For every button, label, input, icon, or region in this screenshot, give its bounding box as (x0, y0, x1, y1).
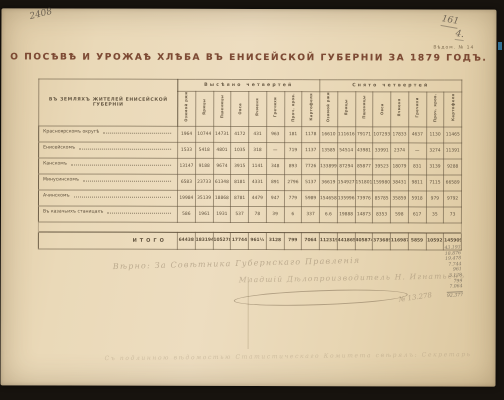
value-cell: 85785 (373, 191, 391, 207)
value-cell: 87294 (337, 159, 355, 175)
value-cell: 33991 (373, 143, 391, 159)
dotted-leader (83, 181, 171, 182)
grain-column-header: Ярицы (195, 91, 213, 126)
grain-column-header: Проч. яров. (284, 92, 302, 127)
value-cell: 38431 (391, 175, 409, 191)
total-value-cell: 64438 (177, 232, 195, 249)
signature-flourish (234, 287, 408, 308)
value-cell: 85877 (355, 159, 373, 175)
value-cell: 1035 (231, 142, 249, 158)
district-label-cell: Енисейскомъ (39, 142, 178, 158)
grain-column-label: Овса (380, 103, 384, 115)
value-cell: 19888 (337, 207, 355, 223)
value-cell: 1130 (426, 127, 444, 143)
value-cell: 7115 (426, 175, 444, 191)
grain-column-header: Овса (373, 92, 391, 127)
archive-edge-mark (498, 42, 502, 50)
value-cell: 9674 (213, 158, 231, 174)
grain-column-header: Ярицы (337, 92, 355, 127)
value-cell: 4479 (248, 190, 266, 206)
grain-column-label: Проч. яров. (291, 93, 295, 122)
pencil-folio-number: 161 (440, 14, 459, 29)
paper-fold-crease (248, 277, 249, 349)
grain-column-label: Картофеля (451, 94, 455, 121)
district-label-inner: Енисейскомъ (39, 146, 177, 154)
value-cell: 61348 (213, 174, 231, 190)
value-cell: 586 (177, 206, 195, 222)
district-label: Енисейскомъ (43, 146, 75, 151)
district-label-cell: Красноярскомъ округѣ (39, 126, 178, 142)
district-label-inner: Минусинскомъ (39, 178, 177, 186)
value-cell: 6583 (178, 174, 196, 190)
district-label-inner: Красноярскомъ округѣ (39, 130, 177, 138)
value-cell: 11391 (444, 143, 462, 159)
value-cell: 151801 (355, 175, 373, 191)
value-cell: 9188 (195, 158, 213, 174)
table-row: Енисейскомъ1533541848011035318—719113713… (39, 142, 462, 159)
value-cell: 13147 (178, 158, 196, 174)
total-value-cell: 183194 (195, 232, 213, 249)
total-row: ИТОГО6443818319410527817744961½312879970… (38, 232, 461, 250)
total-value-cell: 105278 (213, 232, 231, 249)
grain-column-header: Пшеницы (355, 92, 373, 127)
value-cell: 19984 (177, 190, 195, 206)
document-title: О ПОСѢВѢ И УРОЖАѢ ХЛѢБА ВЪ ЕНИСЕЙСКОЙ ГУ… (1, 52, 496, 63)
district-label: Канскомъ (43, 162, 67, 167)
value-cell: 3274 (426, 143, 444, 159)
value-cell: 617 (408, 207, 426, 223)
value-cell: 1961 (195, 206, 213, 222)
value-cell: 5918 (408, 191, 426, 207)
value-cell: 3139 (426, 159, 444, 175)
dotted-leader (71, 165, 171, 166)
value-cell: 318 (249, 142, 267, 158)
value-cell: 947 (266, 190, 284, 206)
statistics-table: ВЪ ЗЕМЛЯХЪ ЖИТЕЛЕЙ ЕНИСЕЙСКОЙ ГУБЕРНІИВы… (38, 78, 462, 250)
district-label-inner: Ачинскомъ (39, 194, 177, 202)
value-cell: 4637 (408, 127, 426, 143)
value-cell: 979 (426, 191, 444, 207)
value-cell: — (266, 142, 284, 158)
total-value-cell: 112319 (319, 233, 337, 250)
value-cell: 1931 (213, 206, 231, 222)
value-cell: 9811 (408, 175, 426, 191)
value-cell: 78 (248, 206, 266, 222)
grain-column-label: Овса (238, 103, 242, 115)
value-cell: 6 (284, 207, 302, 223)
value-cell: 8353 (373, 207, 391, 223)
grain-column-label: Гречихи (273, 97, 277, 117)
value-cell: 16610 (320, 127, 338, 143)
total-value-cell: 3128 (266, 232, 284, 249)
total-value-cell: 5859 (408, 233, 426, 250)
value-cell: 10744 (195, 126, 213, 142)
value-cell: 5989 (302, 191, 320, 207)
value-cell: 159980 (373, 175, 391, 191)
district-label-cell: Ачинскомъ (38, 190, 177, 206)
value-cell: 43981 (355, 143, 373, 159)
value-cell: 9288 (444, 159, 462, 175)
grain-column-label: Проч. яров. (433, 93, 437, 122)
total-value-cell: 17744 (231, 232, 249, 249)
grain-column-header: Пшеницы (213, 91, 231, 126)
value-cell: 8181 (231, 174, 249, 190)
value-cell: 4801 (213, 142, 231, 158)
total-value-cell: 799 (284, 233, 302, 250)
value-cell: 79171 (355, 127, 373, 143)
value-cell: 963 (266, 126, 284, 142)
value-cell: 337 (302, 207, 320, 223)
value-cell: 14873 (355, 207, 373, 223)
value-cell: 1141 (249, 158, 267, 174)
value-cell: 181 (284, 127, 302, 143)
district-label: Минусинскомъ (43, 178, 79, 183)
value-cell: 1964 (178, 126, 196, 142)
value-cell: 111616 (337, 127, 355, 143)
total-label-cell: ИТОГО (38, 232, 177, 249)
value-cell: 35139 (195, 190, 213, 206)
value-cell: 5418 (195, 142, 213, 158)
district-label-inner: Канскомъ (39, 162, 177, 170)
value-cell: 2374 (391, 143, 409, 159)
value-cell: 4331 (249, 174, 267, 190)
column-group-header: Снято четвертей (320, 80, 462, 92)
district-label-cell: Минусинскомъ (39, 174, 178, 190)
value-cell: 537 (231, 206, 249, 222)
dotted-leader (74, 197, 171, 198)
grain-column-header: Озимой ржи (178, 91, 196, 126)
value-cell: 154927 (337, 175, 355, 191)
district-label-cell: Въ казачьихъ станицахъ (38, 206, 177, 222)
grain-column-header: Ячменя (391, 92, 409, 127)
value-cell: 35 (426, 207, 444, 223)
pencil-sum-line: 7.064 (446, 284, 462, 290)
row-header-cell: ВЪ ЗЕМЛЯХЪ ЖИТЕЛЕЙ ЕНИСЕЙСКОЙ ГУБЕРНІИ (39, 79, 178, 126)
grain-column-header: Овса (231, 91, 249, 126)
document-sheet: 2408 161 4. Вѣдом. № 14 О ПОСѢВѢ И УРОЖА… (1, 8, 497, 386)
certification-handwriting: Вѣрно: За Совѣтника Губернскаго Правлені… (113, 256, 361, 271)
value-cell: 14731 (213, 126, 231, 142)
value-cell: 5137 (302, 175, 320, 191)
pencil-inventory-number: 2408 (29, 7, 54, 22)
value-cell: 9792 (444, 191, 462, 207)
value-cell: 135996 (337, 191, 355, 207)
total-value-cell: 405874 (355, 233, 373, 250)
value-cell: 39 (266, 206, 284, 222)
pencil-sum-total: 92.377 (447, 291, 463, 299)
value-cell: 36619 (320, 175, 338, 191)
table-row: Красноярскомъ округѣ19641074414731417243… (39, 126, 462, 143)
value-cell: 2796 (284, 175, 302, 191)
value-cell: 431 (249, 126, 267, 142)
pencil-folio-number-alt: 4. (455, 29, 465, 41)
value-cell: 1137 (302, 143, 320, 159)
value-cell: 66589 (444, 175, 462, 191)
value-cell: 54514 (337, 143, 355, 159)
value-cell: 3915 (231, 158, 249, 174)
grain-column-label: Картофеля (309, 93, 313, 120)
total-value-cell: 7064 (302, 233, 320, 250)
district-label-inner: Въ казачьихъ станицахъ (39, 210, 177, 218)
value-cell: 13585 (320, 143, 338, 159)
grain-column-label: Ярицы (202, 99, 206, 115)
table-row: Канскомъ13147918896743915114134889377261… (39, 158, 462, 175)
grain-column-label: Ярицы (344, 99, 348, 115)
grain-column-header: Ячменя (249, 92, 267, 127)
value-cell: 154658 (319, 191, 337, 207)
district-label: Ачинскомъ (43, 194, 70, 199)
value-cell: 18079 (391, 159, 409, 175)
value-cell: 891 (266, 174, 284, 190)
grain-column-label: Ячменя (398, 98, 402, 116)
signature-handwriting: Младшій Дѣлопроизводитель Н. Игнатьевъ (239, 271, 466, 284)
value-cell: 598 (390, 207, 408, 223)
table-row: Въ казачьихъ станицахъ586196119315377839… (38, 206, 461, 223)
photo-backdrop: 2408 161 4. Вѣдом. № 14 О ПОСѢВѢ И УРОЖА… (0, 0, 504, 400)
grain-column-header: Картофеля (302, 92, 320, 127)
grain-column-header: Проч. яров. (426, 92, 444, 127)
total-value-cell: 961½ (248, 232, 266, 249)
value-cell: — (408, 143, 426, 159)
value-cell: 893 (284, 159, 302, 175)
total-value-cell: 10592 (426, 233, 444, 250)
bottom-faint-handwriting: Съ подлинною вѣдомостью Статистическаго … (105, 351, 472, 362)
dotted-leader (79, 149, 171, 150)
value-cell: 133899 (320, 159, 338, 175)
value-cell: 4172 (231, 126, 249, 142)
value-cell: 1533 (178, 142, 196, 158)
total-value-cell: 441865 (337, 233, 355, 250)
value-cell: 831 (408, 159, 426, 175)
value-cell: 11465 (444, 127, 462, 143)
dotted-leader (103, 133, 171, 134)
grain-column-header: Гречихи (408, 92, 426, 127)
district-label: Красноярскомъ округѣ (43, 130, 99, 135)
value-cell: 1178 (302, 127, 320, 143)
value-cell: 17833 (391, 127, 409, 143)
value-cell: 8781 (231, 190, 249, 206)
grain-column-header: Озимой ржи (320, 92, 338, 127)
grain-column-header: Гречихи (266, 92, 284, 127)
value-cell: 107293 (373, 127, 391, 143)
value-cell: 779 (284, 191, 302, 207)
table-row: Минусинскомъ6583237336134881814331891279… (39, 174, 462, 191)
grain-column-label: Озимой ржи (327, 92, 331, 122)
value-cell: 18868 (213, 190, 231, 206)
value-cell: 35859 (390, 191, 408, 207)
grain-column-label: Пшеницы (362, 96, 366, 119)
total-value-cell: 373689 (373, 233, 391, 250)
dotted-leader (107, 213, 171, 214)
value-cell: 719 (284, 143, 302, 159)
table-row: Ачинскомъ1998435139188688781447994777959… (38, 190, 461, 207)
value-cell: 73 (444, 207, 462, 223)
printed-form-reference: Вѣдом. № 14 (433, 45, 474, 50)
value-cell: 73976 (355, 191, 373, 207)
grain-column-header: Картофеля (444, 92, 462, 127)
grain-column-label: Озимой ржи (185, 92, 189, 122)
value-cell: 7726 (302, 159, 320, 175)
grain-column-label: Ячменя (256, 98, 260, 116)
value-cell: 23733 (195, 174, 213, 190)
value-cell: 39523 (373, 159, 391, 175)
statistics-table-wrap: ВЪ ЗЕМЛЯХЪ ЖИТЕЛЕЙ ЕНИСЕЙСКОЙ ГУБЕРНІИВы… (38, 78, 462, 250)
district-label: Въ казачьихъ станицахъ (43, 210, 103, 215)
pencil-sum-column: 43.19318.87619.4787.7449613.1287997.0649… (444, 245, 463, 299)
column-group-header: Высѣяно четвертей (178, 79, 320, 91)
value-cell: 6.6 (319, 207, 337, 223)
grain-column-label: Пшеницы (220, 95, 224, 118)
value-cell: 348 (266, 158, 284, 174)
district-label-cell: Канскомъ (39, 158, 178, 174)
grain-column-label: Гречихи (415, 97, 419, 117)
total-value-cell: 116987 (390, 233, 408, 250)
